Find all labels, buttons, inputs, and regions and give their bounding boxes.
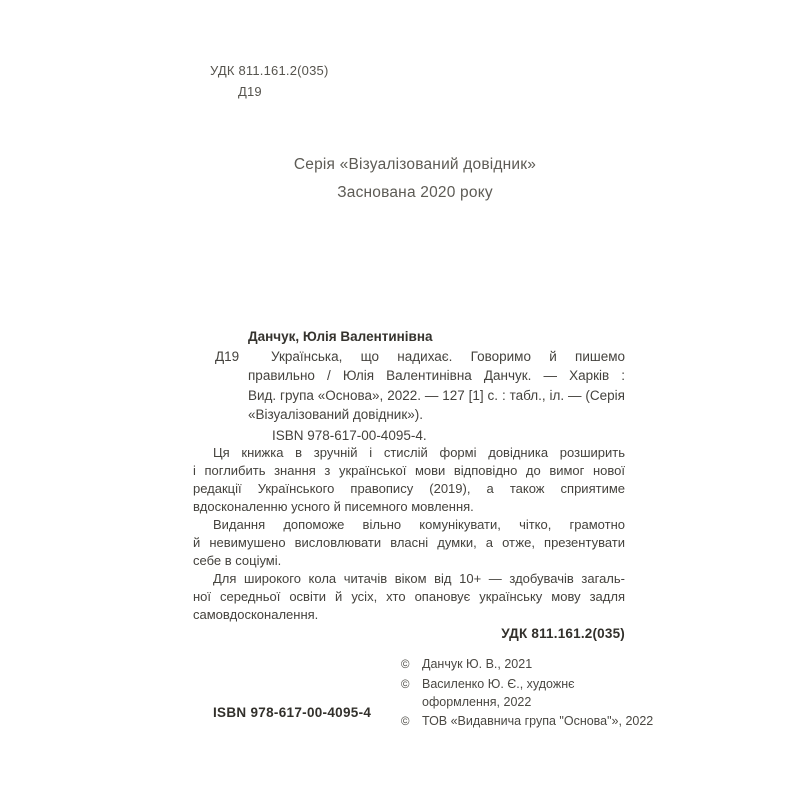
book-imprint-page: УДК 811.161.2(035) Д19 Серія «Візуалізов… (0, 0, 800, 800)
bibliographic-entry: Д19 Українська, що надихає. Говоримо й п… (248, 347, 625, 425)
annotation-line: ної середньої освіти й усіх, хто опанову… (193, 588, 625, 606)
annotation-line: вдосконаленню усного й писемного мовленн… (193, 498, 625, 516)
copyright-item: © ТОВ «Видавнича група "Основа"», 2022 (401, 712, 637, 732)
annotation-line: редакції Українського правопису (2019), … (193, 480, 625, 498)
annotation-paragraph-3: Для широкого кола читачів віком від 10+ … (193, 570, 625, 624)
udc-classification-block: УДК 811.161.2(035) Д19 (210, 60, 328, 102)
copyright-text: Данчук Ю. В., 2021 (422, 655, 637, 674)
series-block: Серія «Візуалізований довідник» Заснован… (193, 155, 637, 202)
isbn: ISBN 978-617-00-4095-4 (213, 705, 371, 720)
author-sign-entry: Д19 (215, 347, 239, 367)
entry-line: Українська, що надихає. Говоримо й пишем… (248, 347, 625, 367)
annotation-paragraph-1: Ця книжка в зручній і стислій формі дові… (193, 444, 625, 516)
entry-line: Вид. група «Основа», 2022. — 127 [1] с. … (248, 386, 625, 406)
copyright-icon: © (401, 675, 422, 695)
copyright-icon: © (401, 712, 422, 732)
bibliographic-entry-text: Українська, що надихає. Говоримо й пишем… (248, 347, 625, 425)
annotation-line: Для широкого кола читачів віком від 10+ … (193, 570, 625, 588)
annotation-line: Видання допоможе вільно комунікувати, чі… (193, 516, 625, 534)
card-author-heading: Данчук, Юлія Валентинівна (248, 327, 625, 347)
author-sign: Д19 (210, 81, 328, 102)
card-isbn: ISBN 978-617-00-4095-4. (248, 426, 625, 446)
copyright-item: © Данчук Ю. В., 2021 (401, 655, 637, 675)
copyright-text: Василенко Ю. Є., художнє оформлення, 202… (422, 675, 637, 712)
copyright-icon: © (401, 655, 422, 675)
series-title: Серія «Візуалізований довідник» (193, 155, 637, 174)
entry-line: «Візуалізований довідник»). (248, 405, 625, 425)
series-founded: Заснована 2020 року (193, 183, 637, 202)
copyright-item: © Василенко Ю. Є., художнє оформлення, 2… (401, 675, 637, 712)
annotation-line: самовдосконалення. (193, 606, 625, 624)
udc-code: УДК 811.161.2(035) (210, 60, 328, 81)
annotation-line: себе в соціумі. (193, 552, 625, 570)
annotation-block: Ця книжка в зручній і стислій формі дові… (193, 444, 625, 624)
annotation-line: й невимушено висловлювати власні думки, … (193, 534, 625, 552)
annotation-paragraph-2: Видання допоможе вільно комунікувати, чі… (193, 516, 625, 570)
entry-line: правильно / Юлія Валентинівна Данчук. — … (248, 366, 625, 386)
copyright-text: ТОВ «Видавнича група "Основа"», 2022 (422, 712, 653, 731)
annotation-line: Ця книжка в зручній і стислій формі дові… (193, 444, 625, 462)
annotation-line: і поглибить знання з української мови ві… (193, 462, 625, 480)
catalog-card: Данчук, Юлія Валентинівна Д19 Українська… (193, 327, 625, 445)
udc-reference: УДК 811.161.2(035) (193, 626, 625, 641)
copyright-list: © Данчук Ю. В., 2021 © Василенко Ю. Є., … (401, 655, 637, 731)
